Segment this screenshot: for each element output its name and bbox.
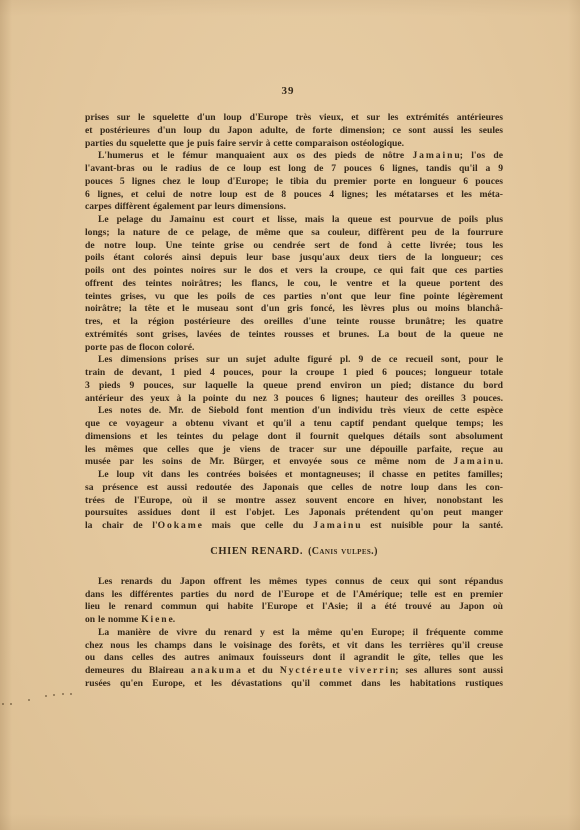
text-line: porte pas de flocon coloré. [85, 342, 503, 355]
text-line: carpes diffèrent également par leurs dim… [85, 201, 503, 214]
text-line: 3 pieds 9 pouces, sur laquelle la queue … [85, 380, 503, 393]
text-line: et postérieures d'un loup du Japon adult… [85, 125, 503, 138]
text-line: poils étant colorés ainsi depuis leur ba… [85, 252, 503, 265]
page-number: 39 [79, 85, 497, 97]
scanned-book-page: 39 prises sur le squelette d'un loup d'E… [0, 0, 580, 830]
ink-speck [10, 703, 12, 705]
text-line: poursuites assidues dont il est l'objet.… [85, 507, 503, 520]
text-line: pouces 5 lignes chez le loup d'Europe; l… [85, 176, 503, 189]
paragraph: Les renards du Japon offrent les mêmes t… [85, 576, 503, 627]
paragraph: prises sur le squelette d'un loup d'Euro… [85, 112, 503, 150]
text-line: chez nous les champs dans le voisinage d… [85, 640, 503, 653]
text-line: antérieur des yeux à la pointe du nez 3 … [85, 393, 503, 406]
text-line: la chair de l'O o k a m e mais que celle… [85, 520, 503, 533]
paragraph: La manière de vivre du renard y est la m… [85, 627, 503, 691]
text-line: poils ont des pointes noires sur le dos … [85, 265, 503, 278]
text-block: prises sur le squelette d'un loup d'Euro… [85, 112, 503, 691]
ink-speck [2, 703, 4, 705]
text-line: noirâtre; la tête et le museau sont d'un… [85, 303, 503, 316]
text-line: dans les différentes parties du nord de … [85, 589, 503, 602]
text-line: longs; la nature de ce pelage, de même q… [85, 227, 503, 240]
ink-speck [70, 693, 72, 695]
text-line: lieu le renard commun qui habite l'Europ… [85, 601, 503, 614]
paragraph: Les dimensions prises sur un sujet adult… [85, 354, 503, 405]
text-line: les mêmes que celles que je viens de tra… [85, 444, 503, 457]
text-line: de notre loup. Une teinte grise ou cendr… [85, 240, 503, 253]
ink-speck [45, 695, 47, 697]
text-line: offrent des teintes noirâtres; les flanc… [85, 278, 503, 291]
text-line: tres, et la région postérieure des oreil… [85, 316, 503, 329]
ink-speck [62, 693, 64, 695]
text-line: teintes grises, vu que les poils de ces … [85, 291, 503, 304]
text-line: demeures du Blaireau a n a k u m a et du… [85, 665, 503, 678]
text-line: train de devant, 1 pied 4 pouces, pour l… [85, 367, 503, 380]
text-line: Le loup vit dans les contrées boisées et… [85, 469, 503, 482]
ink-speck [53, 694, 55, 696]
text-line: dimensions et les teintes du pelage dont… [85, 431, 503, 444]
ink-speck [28, 699, 30, 701]
text-line: on le nomme K i e n e. [85, 614, 503, 627]
paragraph: L'humerus et le fémur manquaient aux os … [85, 150, 503, 214]
text-line: musée par les soins de Mr. Bürger, et en… [85, 456, 503, 469]
section-heading-latin-name: (Canis vulpes.) [308, 546, 378, 557]
text-line: L'humerus et le fémur manquaient aux os … [85, 150, 503, 163]
text-line: que ce voyageur a obtenu vivant et qu'il… [85, 418, 503, 431]
text-line: Les dimensions prises sur un sujet adult… [85, 354, 503, 367]
paragraph: Le pelage du Jamainu est court et lisse,… [85, 214, 503, 354]
text-line: Les notes de. Mr. de Siebold font mentio… [85, 405, 503, 418]
text-line: ou dans celles des autres animaux fouiss… [85, 652, 503, 665]
text-line: 6 lignes, et celui de notre loup est de … [85, 189, 503, 202]
text-line: parties du squelette que je puis faire s… [85, 138, 503, 151]
section-heading: CHIEN RENARD.(Canis vulpes.) [85, 545, 503, 558]
text-line: trées de l'Europe, où il se montre assez… [85, 495, 503, 508]
text-line: prises sur le squelette d'un loup d'Euro… [85, 112, 503, 125]
paragraph: Le loup vit dans les contrées boisées et… [85, 469, 503, 533]
section-heading-title: CHIEN RENARD. [210, 546, 303, 557]
text-line: sa présence est aussi redoutée des Japon… [85, 482, 503, 495]
paragraph: Les notes de. Mr. de Siebold font mentio… [85, 405, 503, 469]
text-line: Le pelage du Jamainu est court et lisse,… [85, 214, 503, 227]
text-line: extrémités sont grises, lavées de teinte… [85, 329, 503, 342]
text-line: l'avant-bras ou le radius de ce loup est… [85, 163, 503, 176]
text-line: rusées qu'en Europe, et les dévastations… [85, 678, 503, 691]
text-line: Les renards du Japon offrent les mêmes t… [85, 576, 503, 589]
text-line: La manière de vivre du renard y est la m… [85, 627, 503, 640]
